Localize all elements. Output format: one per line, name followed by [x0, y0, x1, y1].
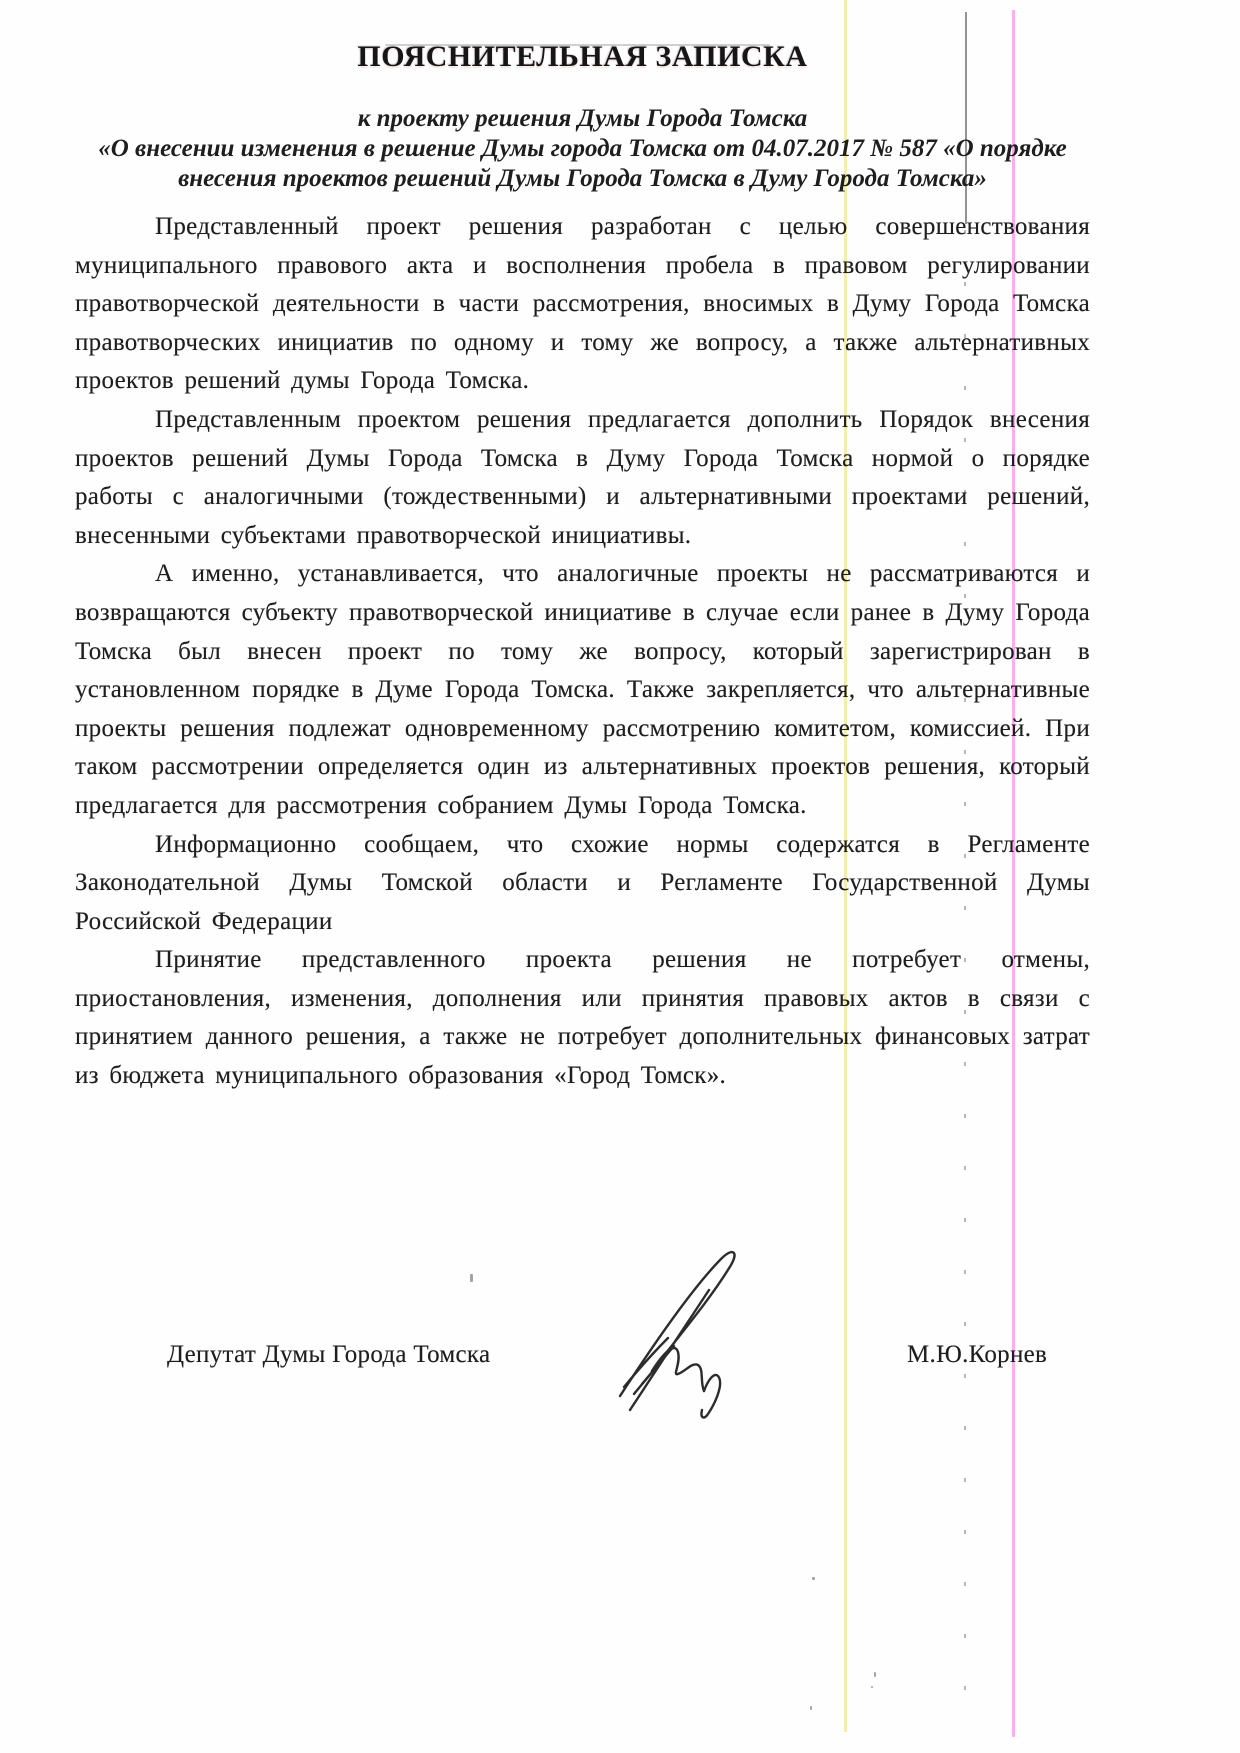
body-paragraph-5: Принятие представленного проекта решения…: [75, 941, 1090, 1095]
scan-speck: [812, 1577, 815, 1580]
document-title: ПОЯСНИТЕЛЬНАЯ ЗАПИСКА: [75, 40, 1090, 74]
scan-speck: [874, 1672, 876, 1677]
document-body: Представленный проект решения разработан…: [75, 208, 1090, 1096]
scanned-document-page: ПОЯСНИТЕЛЬНАЯ ЗАПИСКА к проекту решения …: [0, 0, 1240, 1753]
document-subtitle: к проекту решения Думы Города Томска «О …: [75, 104, 1090, 194]
document-text-block: ПОЯСНИТЕЛЬНАЯ ЗАПИСКА к проекту решения …: [75, 0, 1090, 1096]
body-paragraph-3: А именно, устанавливается, что аналогичн…: [75, 555, 1090, 825]
subtitle-line-1: к проекту решения Думы Города Томска: [75, 104, 1090, 134]
scan-speck: [810, 1706, 812, 1710]
subtitle-line-2: «О внесении изменения в решение Думы гор…: [75, 134, 1090, 164]
body-paragraph-4: Информационно сообщаем, что схожие нормы…: [75, 826, 1090, 942]
scan-speck: [871, 1686, 873, 1688]
signatory-position: Депутат Думы Города Томска: [167, 1341, 490, 1369]
signatory-name: М.Ю.Корнев: [907, 1341, 1047, 1369]
body-paragraph-2: Представленным проектом решения предлага…: [75, 401, 1090, 555]
signature-image: [612, 1244, 752, 1424]
body-paragraph-1: Представленный проект решения разработан…: [75, 208, 1090, 401]
subtitle-line-3: внесения проектов решений Думы Города То…: [75, 164, 1090, 194]
scan-speck: [470, 1274, 473, 1282]
